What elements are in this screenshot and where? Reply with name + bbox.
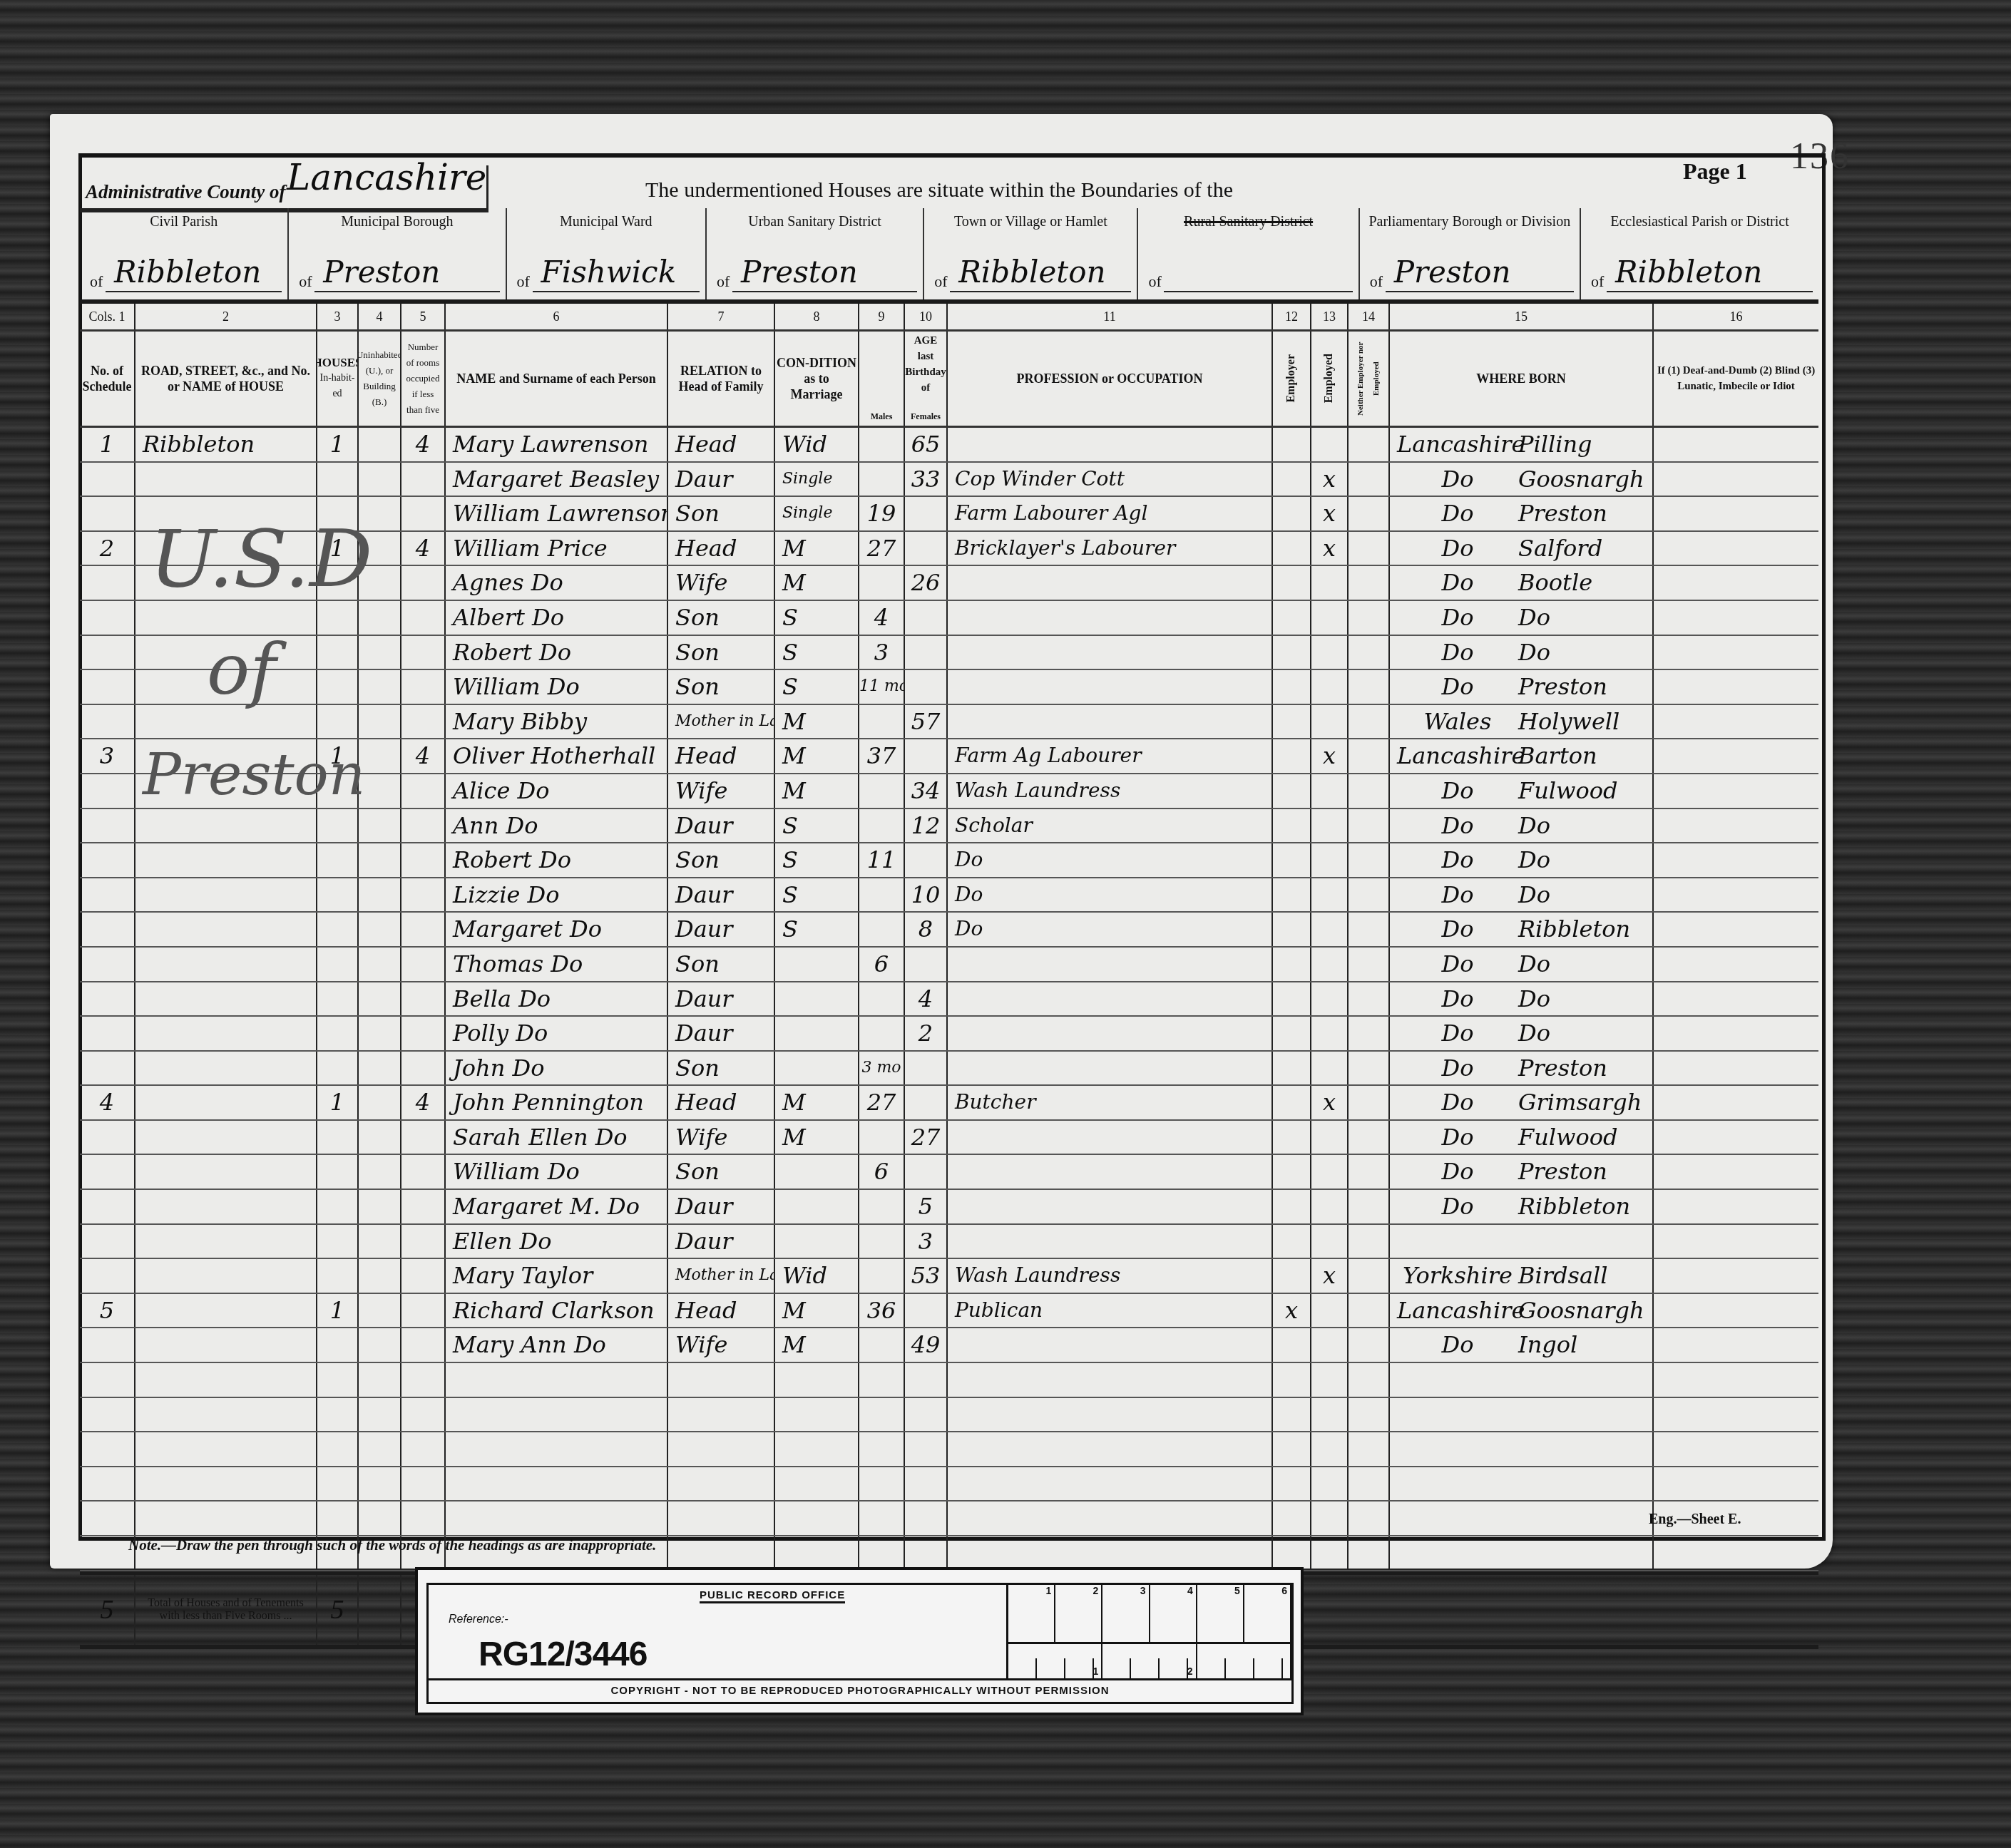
cell-condition: M	[775, 1121, 859, 1154]
area-value: Preston	[314, 254, 499, 292]
cell-relation	[668, 1363, 775, 1397]
cell-male-age	[859, 566, 905, 600]
cell-rooms	[401, 774, 446, 808]
header-relation: RELATION to Head of Family	[668, 332, 775, 426]
table-row: Bella DoDaur4DoDo	[80, 982, 1818, 1017]
header-age-males: Males	[859, 332, 905, 426]
cell-born	[1390, 1501, 1654, 1535]
scale-cm: 123456	[1008, 1585, 1291, 1644]
header-rooms: Number of rooms occupied if less than fi…	[401, 332, 446, 426]
cell-male-age	[859, 1259, 905, 1293]
cell-name: Lizzie Do	[446, 878, 668, 912]
table-row: Polly DoDaur2DoDo	[80, 1017, 1818, 1052]
born-place: Goosnargh	[1518, 466, 1644, 493]
cell-occupation	[948, 636, 1273, 669]
cell-condition: M	[775, 1294, 859, 1328]
cell-infirmity	[1654, 601, 1818, 635]
cell-schedule	[80, 463, 135, 496]
born-place: Ribbleton	[1518, 915, 1630, 943]
cell-employer	[1273, 532, 1311, 565]
header-inhabited: HOUSES In-habit-ed	[317, 332, 359, 426]
cell-condition: Single	[775, 497, 859, 530]
cell-neither	[1349, 636, 1390, 669]
cell-name: Mary Taylor	[446, 1259, 668, 1293]
cell-rooms	[401, 601, 446, 635]
county-value: Lancashire	[287, 157, 486, 198]
cell-schedule	[80, 670, 135, 704]
header-neither-label: Neither Employer nor Employed	[1353, 333, 1384, 424]
cell-born: DoPreston	[1390, 497, 1654, 530]
cell-male-age	[859, 774, 905, 808]
cell-infirmity	[1654, 739, 1818, 773]
cell-occupation	[948, 1052, 1273, 1085]
table-row: 51Richard ClarksonHeadM36PublicanxLancas…	[80, 1294, 1818, 1329]
area-of-prefix: of	[1370, 272, 1383, 291]
cell-condition	[775, 1017, 859, 1050]
cell-born: DoRibbleton	[1390, 1190, 1654, 1223]
cell-condition	[775, 1363, 859, 1397]
table-row: John DoSon3 moDoPreston	[80, 1052, 1818, 1087]
cell-female-age: 12	[905, 809, 948, 843]
cell-schedule	[80, 982, 135, 1016]
born-county: Do	[1397, 1121, 1518, 1154]
cell-name: Margaret Do	[446, 913, 668, 946]
table-row: Margaret BeasleyDaurSingle33Cop Winder C…	[80, 463, 1818, 498]
cell-employed	[1311, 1432, 1349, 1466]
cell-born: DoDo	[1390, 982, 1654, 1016]
cell-employed	[1311, 1052, 1349, 1085]
born-county: Do	[1397, 1052, 1518, 1084]
cell-neither	[1349, 1536, 1390, 1570]
cell-relation: Wife	[668, 774, 775, 808]
cell-neither	[1349, 809, 1390, 843]
cell-employed	[1311, 948, 1349, 981]
cell-schedule	[80, 1121, 135, 1154]
cell-male-age: 27	[859, 532, 905, 565]
cell-born: YorkshireBirdsall	[1390, 1259, 1654, 1293]
cell-schedule	[80, 601, 135, 635]
born-county: Do	[1397, 809, 1518, 842]
cell-uninhabited	[359, 1086, 401, 1119]
cell-employed	[1311, 1121, 1349, 1154]
cell-infirmity	[1654, 809, 1818, 843]
cell-occupation	[948, 566, 1273, 600]
cell-rooms	[401, 1017, 446, 1050]
cell-rooms	[401, 982, 446, 1016]
cell-uninhabited	[359, 948, 401, 981]
cell-employer	[1273, 463, 1311, 496]
cell-road	[135, 1294, 317, 1328]
born-county: Do	[1397, 878, 1518, 911]
cell-name: Sarah Ellen Do	[446, 1121, 668, 1154]
cell-employer	[1273, 1155, 1311, 1189]
scale-inch: 12	[1008, 1644, 1291, 1678]
born-place: Preston	[1518, 500, 1607, 527]
cell-employer	[1273, 1121, 1311, 1154]
cell-name	[446, 1467, 668, 1501]
cell-infirmity	[1654, 497, 1818, 530]
cell-condition: S	[775, 601, 859, 635]
cell-employed	[1311, 1190, 1349, 1223]
cell-condition	[775, 948, 859, 981]
cell-relation: Daur	[668, 1017, 775, 1050]
cell-name: William Lawrenson	[446, 497, 668, 530]
cell-rooms	[401, 1398, 446, 1432]
cell-condition	[775, 1536, 859, 1570]
born-place: Do	[1518, 846, 1550, 873]
scale-tick-label: 1	[1008, 1644, 1102, 1678]
born-county: Do	[1397, 913, 1518, 945]
cell-rooms	[401, 636, 446, 669]
margin-annotation-text: U.S.D	[150, 513, 372, 605]
cell-name	[446, 1363, 668, 1397]
cell-condition	[775, 982, 859, 1016]
cell-road	[135, 1467, 317, 1501]
cell-relation	[668, 1398, 775, 1432]
cell-occupation: Bricklayer's Labourer	[948, 532, 1273, 565]
scale-tick-label: 3	[1102, 1585, 1150, 1642]
cell-schedule	[80, 1536, 135, 1570]
cell-born: DoDo	[1390, 809, 1654, 843]
cell-infirmity	[1654, 566, 1818, 600]
blank-row	[80, 1432, 1818, 1467]
cell-inhabited	[317, 1155, 359, 1189]
area-label: Civil Parish	[80, 214, 287, 230]
cell-female-age	[905, 1467, 948, 1501]
cell-inhabited	[317, 1190, 359, 1223]
column-number: 15	[1390, 304, 1654, 329]
cell-female-age: 5	[905, 1190, 948, 1223]
cell-relation: Daur	[668, 463, 775, 496]
born-county: Yorkshire	[1397, 1259, 1518, 1292]
cell-male-age	[859, 1432, 905, 1466]
cell-infirmity	[1654, 1121, 1818, 1154]
cell-female-age: 4	[905, 982, 948, 1016]
table-row: Mary BibbyMother in LawM57WalesHolywell	[80, 705, 1818, 740]
cell-employed: x	[1311, 1259, 1349, 1293]
cell-female-age: 26	[905, 566, 948, 600]
cell-condition	[775, 1155, 859, 1189]
cell-employer	[1273, 670, 1311, 704]
table-row: Margaret DoDaurS8DoDoRibbleton	[80, 913, 1818, 948]
cell-relation	[668, 1501, 775, 1535]
cell-uninhabited	[359, 1398, 401, 1432]
cell-neither	[1349, 566, 1390, 600]
header-schedule: No. of Schedule	[80, 332, 135, 426]
area-label: Municipal Ward	[507, 214, 705, 230]
cell-relation: Son	[668, 601, 775, 635]
cell-relation: Daur	[668, 878, 775, 912]
cell-road	[135, 1190, 317, 1223]
cell-schedule	[80, 1259, 135, 1293]
column-number: 11	[948, 304, 1273, 329]
cell-infirmity	[1654, 948, 1818, 981]
born-place: Do	[1518, 881, 1550, 908]
cell-employed	[1311, 1294, 1349, 1328]
cell-inhabited: 1	[317, 1086, 359, 1119]
cell-occupation	[948, 705, 1273, 739]
blank-row	[80, 1398, 1818, 1433]
area-value	[1164, 254, 1352, 292]
column-headers: No. of Schedule ROAD, STREET, &c., and N…	[80, 332, 1818, 428]
born-county: Do	[1397, 774, 1518, 807]
cell-occupation	[948, 1536, 1273, 1570]
cell-female-age: 27	[905, 1121, 948, 1154]
cell-schedule: 4	[80, 1086, 135, 1119]
born-county: Lancashire	[1397, 1294, 1518, 1327]
cell-infirmity	[1654, 878, 1818, 912]
scale-tick-label: 2	[1055, 1585, 1102, 1642]
measurement-scale: 123456 12	[1006, 1585, 1291, 1678]
cell-born: DoGrimsargh	[1390, 1086, 1654, 1119]
cell-schedule	[80, 1017, 135, 1050]
cell-occupation	[948, 1225, 1273, 1258]
cell-male-age: 27	[859, 1086, 905, 1119]
cell-neither	[1349, 843, 1390, 877]
cell-male-age	[859, 1501, 905, 1535]
cell-uninhabited	[359, 601, 401, 635]
cell-neither	[1349, 878, 1390, 912]
column-number: 4	[359, 304, 401, 329]
cell-female-age: 53	[905, 1259, 948, 1293]
cell-inhabited	[317, 1501, 359, 1535]
born-county: Wales	[1397, 705, 1518, 738]
cell-rooms	[401, 1121, 446, 1154]
cell-female-age	[905, 636, 948, 669]
cell-condition: M	[775, 532, 859, 565]
cell-infirmity	[1654, 428, 1818, 461]
cell-road	[135, 1398, 317, 1432]
born-county: Do	[1397, 566, 1518, 599]
header-road: ROAD, STREET, &c., and No. or NAME of HO…	[135, 332, 317, 426]
cell-schedule	[80, 566, 135, 600]
cell-neither	[1349, 463, 1390, 496]
administrative-county: Administrative County of Lancashire	[80, 165, 488, 212]
cell-employed	[1311, 878, 1349, 912]
cell-born: DoDo	[1390, 843, 1654, 877]
cell-employer	[1273, 1328, 1311, 1362]
area-of-prefix: of	[517, 272, 530, 291]
cell-relation: Son	[668, 843, 775, 877]
cell-female-age	[905, 1501, 948, 1535]
cell-male-age	[859, 428, 905, 461]
cell-infirmity	[1654, 1052, 1818, 1085]
cell-uninhabited	[359, 878, 401, 912]
column-number: 9	[859, 304, 905, 329]
born-county: Lancashire	[1397, 428, 1518, 461]
area-municipal-borough: Municipal BoroughofPreston	[289, 208, 506, 299]
cell-relation: Son	[668, 948, 775, 981]
cell-relation: Wife	[668, 1328, 775, 1362]
cell-inhabited	[317, 1121, 359, 1154]
cell-employed	[1311, 1501, 1349, 1535]
cell-employed	[1311, 428, 1349, 461]
cell-schedule	[80, 948, 135, 981]
cell-female-age: 34	[905, 774, 948, 808]
header-uninhabited: Uninhabited (U.), or Building (B.)	[359, 332, 401, 426]
cell-born	[1390, 1432, 1654, 1466]
cell-born: DoDo	[1390, 636, 1654, 669]
cell-schedule	[80, 705, 135, 739]
cell-road	[135, 982, 317, 1016]
cell-schedule	[80, 1155, 135, 1189]
cell-male-age	[859, 1536, 905, 1570]
cell-infirmity	[1654, 1398, 1818, 1432]
area-of-prefix: of	[90, 272, 103, 291]
cell-occupation: Farm Labourer Agl	[948, 497, 1273, 530]
cell-male-age	[859, 1363, 905, 1397]
slip-frame: PUBLIC RECORD OFFICE Reference:- RG12/34…	[426, 1583, 1294, 1704]
area-value: Ribbleton	[1607, 254, 1813, 292]
cell-inhabited	[317, 1259, 359, 1293]
cell-female-age	[905, 1398, 948, 1432]
header-employed: Employed	[1311, 332, 1349, 426]
cell-employer	[1273, 948, 1311, 981]
cell-employed: x	[1311, 532, 1349, 565]
cell-born	[1390, 1225, 1654, 1258]
cell-infirmity	[1654, 1536, 1818, 1570]
cell-condition	[775, 1225, 859, 1258]
cell-occupation	[948, 1501, 1273, 1535]
cell-occupation	[948, 1121, 1273, 1154]
cell-employed	[1311, 809, 1349, 843]
total-schedules: 5	[80, 1575, 135, 1645]
cell-employed	[1311, 913, 1349, 946]
cell-infirmity	[1654, 1328, 1818, 1362]
cell-occupation	[948, 1017, 1273, 1050]
county-label: Administrative County of	[86, 181, 286, 203]
cell-male-age	[859, 809, 905, 843]
born-place: Do	[1518, 950, 1550, 977]
cell-occupation	[948, 1398, 1273, 1432]
cell-employed	[1311, 1225, 1349, 1258]
cell-occupation: Do	[948, 878, 1273, 912]
cell-infirmity	[1654, 1155, 1818, 1189]
cell-born: DoRibbleton	[1390, 913, 1654, 946]
cell-uninhabited	[359, 1432, 401, 1466]
cell-male-age: 19	[859, 497, 905, 530]
cell-infirmity	[1654, 463, 1818, 496]
cell-male-age: 4	[859, 601, 905, 635]
header-houses: HOUSES	[317, 355, 359, 371]
cell-road	[135, 878, 317, 912]
cell-female-age: 33	[905, 463, 948, 496]
cell-occupation: Farm Ag Labourer	[948, 739, 1273, 773]
cell-neither	[1349, 1225, 1390, 1258]
cell-relation	[668, 1467, 775, 1501]
cell-road	[135, 1121, 317, 1154]
cell-inhabited	[317, 601, 359, 635]
cell-rooms	[401, 809, 446, 843]
cell-rooms	[401, 1467, 446, 1501]
cell-uninhabited	[359, 1294, 401, 1328]
cell-rooms: 4	[401, 1086, 446, 1119]
cell-name: Robert Do	[446, 636, 668, 669]
cell-occupation	[948, 1467, 1273, 1501]
cell-relation: Wife	[668, 1121, 775, 1154]
cell-employed: x	[1311, 497, 1349, 530]
born-county: Do	[1397, 1328, 1518, 1361]
blank-row	[80, 1363, 1818, 1398]
cell-relation: Son	[668, 636, 775, 669]
cell-born	[1390, 1467, 1654, 1501]
cell-rooms	[401, 913, 446, 946]
cell-inhabited	[317, 463, 359, 496]
cell-born: LancashireGoosnargh	[1390, 1294, 1654, 1328]
cell-female-age: 10	[905, 878, 948, 912]
area-value: Ribbleton	[950, 254, 1131, 292]
cell-male-age	[859, 878, 905, 912]
cell-male-age: 3 mo	[859, 1052, 905, 1085]
cell-inhabited	[317, 1432, 359, 1466]
cell-schedule	[80, 1225, 135, 1258]
area-of-prefix: of	[299, 272, 312, 291]
cell-road	[135, 1225, 317, 1258]
cell-schedule	[80, 1467, 135, 1501]
cell-neither	[1349, 497, 1390, 530]
cell-condition: M	[775, 1328, 859, 1362]
cell-rooms: 4	[401, 739, 446, 773]
cell-infirmity	[1654, 1294, 1818, 1328]
born-place: Do	[1518, 985, 1550, 1012]
table-row: William DoSonS11 moDoPreston	[80, 670, 1818, 705]
cell-employer	[1273, 1398, 1311, 1432]
cell-condition	[775, 1501, 859, 1535]
table-row: Thomas DoSon6DoDo	[80, 948, 1818, 982]
cell-rooms	[401, 843, 446, 877]
cell-inhabited	[317, 948, 359, 981]
cell-uninhabited	[359, 843, 401, 877]
cell-born: DoPreston	[1390, 1155, 1654, 1189]
cell-employed	[1311, 982, 1349, 1016]
cell-relation: Daur	[668, 982, 775, 1016]
cell-name: Oliver Hotherhall	[446, 739, 668, 773]
cell-inhabited	[317, 982, 359, 1016]
cell-schedule	[80, 774, 135, 808]
column-number: 13	[1311, 304, 1349, 329]
cell-inhabited	[317, 809, 359, 843]
cell-employer	[1273, 1467, 1311, 1501]
column-number: 8	[775, 304, 859, 329]
cell-rooms	[401, 1225, 446, 1258]
cell-employer	[1273, 774, 1311, 808]
cell-born	[1390, 1536, 1654, 1570]
cell-employer	[1273, 1259, 1311, 1293]
cell-rooms	[401, 1328, 446, 1362]
cell-employer	[1273, 913, 1311, 946]
cell-infirmity	[1654, 1017, 1818, 1050]
table-row: Robert DoSonS11DoDoDo	[80, 843, 1818, 878]
header-infirmity: If (1) Deaf-and-Dumb (2) Blind (3) Lunat…	[1654, 332, 1818, 426]
cell-road	[135, 1017, 317, 1050]
cell-name: John Do	[446, 1052, 668, 1085]
cell-name: Alice Do	[446, 774, 668, 808]
table-row: Mary Ann DoWifeM49DoIngol	[80, 1328, 1818, 1363]
header-males: Males	[871, 409, 893, 424]
cell-occupation	[948, 601, 1273, 635]
cell-relation: Son	[668, 497, 775, 530]
cell-employed	[1311, 1328, 1349, 1362]
cell-rooms	[401, 705, 446, 739]
cell-road	[135, 809, 317, 843]
cell-condition: S	[775, 878, 859, 912]
cell-born: WalesHolywell	[1390, 705, 1654, 739]
cell-neither	[1349, 948, 1390, 981]
table-row: Mary TaylorMother in LawWid53Wash Laundr…	[80, 1259, 1818, 1294]
cell-employer	[1273, 1017, 1311, 1050]
header-name: NAME and Surname of each Person	[446, 332, 668, 426]
cell-female-age	[905, 497, 948, 530]
